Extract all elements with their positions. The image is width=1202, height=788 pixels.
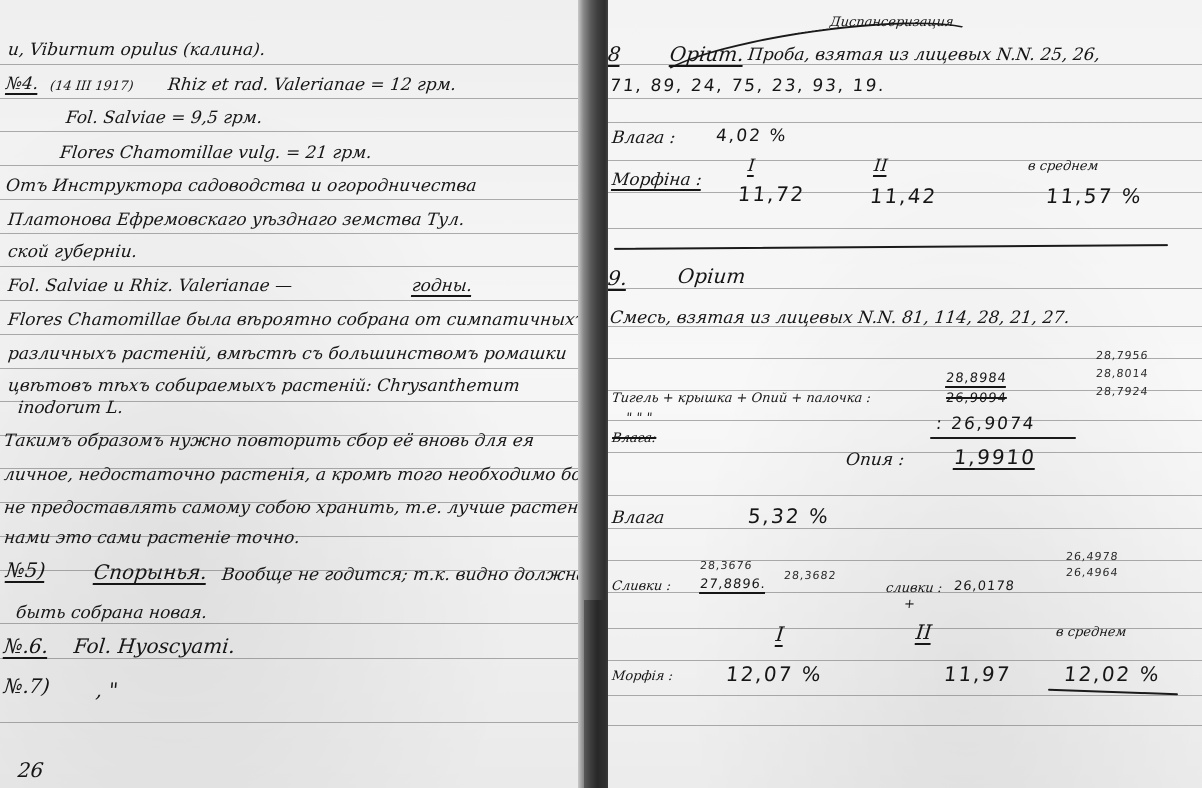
line-chamomilla: Flores Chamomillae vulg. = 21 грм. <box>59 145 372 162</box>
ruled-line <box>0 233 585 234</box>
right-page: Диспансеризация 8 Opium. Проба, взятая и… <box>608 0 1202 788</box>
ruled-line <box>608 528 1202 529</box>
morphine-label-9: Морфія : <box>611 670 673 683</box>
line-hyoscyami: Fol. Hyoscyami. <box>73 636 236 656</box>
line-takim-obrazom: Такимъ образомъ нужно повторить сбор её … <box>3 433 535 450</box>
tare-value-3: 28,7924 <box>1095 386 1149 397</box>
section-8-title: Opium. <box>669 44 745 64</box>
weighing2-value: 26,0178 <box>953 580 1015 593</box>
morphine-avg-8: 11,57 % <box>1045 186 1144 206</box>
tare-label-struck: Влага: <box>611 432 657 445</box>
morphine-I-8: 11,72 <box>737 184 806 204</box>
ruled-line <box>0 623 585 624</box>
line-platonov: Платонова Ефремовскаго уѣзднаго земства … <box>7 212 465 229</box>
line-razlichnykh: различныхъ растеній, вмѣстѣ съ большинст… <box>7 346 567 363</box>
ruled-line <box>608 98 1202 99</box>
moisture-value-9: 5,32 % <box>747 506 831 526</box>
section-divider <box>614 244 1168 250</box>
subtraction-line <box>930 437 1076 439</box>
moisture-value-8: 4,02 % <box>715 128 788 145</box>
line-flores: Flores Chamomillae была вѣроятно собрана… <box>7 312 585 329</box>
morphine-II-9: 11,97 <box>943 664 1012 684</box>
col-II-header-9: II <box>915 622 933 642</box>
line-voobshche: Вообще не годится; т.к. видно должна <box>221 567 585 584</box>
ruled-line <box>0 64 585 65</box>
col-avg-header-8: в среднем <box>1027 160 1099 173</box>
ruled-line <box>608 495 1202 496</box>
word-godny: годны. <box>411 278 473 295</box>
opium-value: 1,9910 <box>953 447 1037 467</box>
entry-label-6: №.6. <box>3 636 49 656</box>
line-lichnoe: личное, недостаточно растенія, а кромѣ т… <box>3 467 585 484</box>
morphine-avg-9: 12,02 % <box>1063 664 1162 684</box>
section-8-line1: Проба, взятая из лицевых N.N. 25, 26, <box>747 47 1101 64</box>
morphine-label-8: Морфіна : <box>611 172 703 189</box>
moisture-label-8: Влага : <box>611 130 676 147</box>
weighing2-plus: + <box>903 598 915 611</box>
entry-date: (14 III 1917) <box>49 80 134 93</box>
col-I-header-8: I <box>747 158 756 175</box>
line-chrysanthemum: цвѣтовъ тѣхъ собираемыхъ растеній: Chrys… <box>7 378 520 395</box>
weighing-side: 28,3682 <box>783 570 837 581</box>
ruled-line <box>0 131 585 132</box>
ruled-line <box>608 228 1202 229</box>
weighing2-label: сливки : <box>885 582 943 595</box>
section-9-line1: Смесь, взятая из лицевых N.N. 81, 114, 2… <box>609 310 1070 327</box>
entry-label-4: №4. <box>5 76 39 93</box>
ruled-line <box>0 199 585 200</box>
entry-label-5: №5) <box>5 560 47 580</box>
morphine-II-8: 11,42 <box>869 186 938 206</box>
tare-value: : 26,9074 <box>935 416 1036 433</box>
section-8-line2: 71, 89, 24, 75, 23, 93, 19. <box>609 78 886 95</box>
line-viburnum: и, Viburnum opulus (калина). <box>7 42 266 59</box>
section-8-label: 8 <box>608 44 622 64</box>
line-valeriana: Rhiz et rad. Valerianae = 12 грм. <box>167 77 457 94</box>
ruled-line <box>0 266 585 267</box>
sum-value-top: 28,8984 <box>945 372 1007 385</box>
gutter-shadow <box>584 600 610 788</box>
ruled-line <box>0 658 585 659</box>
opium-label: Опия : <box>845 452 905 469</box>
ruled-line <box>608 725 1202 726</box>
ditto-marks: , " <box>95 680 119 700</box>
sum-value-struck: 26,9094 <box>945 392 1007 405</box>
ruled-line <box>0 722 585 723</box>
ditto-marks-9: " " " <box>625 412 653 425</box>
moisture-label-9: Влага <box>611 510 665 527</box>
col-avg-header-9: в среднем <box>1055 626 1127 639</box>
section-9-label: 9. <box>608 268 628 288</box>
morphine-I-9: 12,07 % <box>725 664 824 684</box>
ruled-line <box>608 160 1202 161</box>
line-nami: нами это сами растеніе точно. <box>3 530 301 547</box>
ruled-line <box>608 420 1202 421</box>
ruled-line <box>0 165 585 166</box>
line-inodorum: inodorum L. <box>17 400 124 417</box>
line-gubernia: ской губерніи. <box>7 244 138 261</box>
ruled-line <box>0 334 585 335</box>
line-predostavlyat: не предоставлять самому собою хранить, т… <box>3 500 585 517</box>
section-9-title: Opium <box>677 266 747 286</box>
weighing-value: 27,8896. <box>699 578 766 591</box>
col-II-header-8: II <box>873 158 888 175</box>
tare-value-2: 28,8014 <box>1095 368 1149 379</box>
ruled-line <box>608 288 1202 289</box>
tare-value-1: 28,7956 <box>1095 350 1149 361</box>
weighing2-value-1: 26,4978 <box>1065 551 1119 562</box>
line-instructor: Отъ Инструктора садоводства и огородниче… <box>5 178 477 195</box>
notebook-spread: и, Viburnum opulus (калина). №4. (14 III… <box>0 0 1202 788</box>
sum-label: Тигель + крышка + Опий + палочка : <box>611 392 871 405</box>
weighing2-value-2: 26,4964 <box>1065 567 1119 578</box>
weighing-small-top: 28,3676 <box>699 560 753 571</box>
line-salvia: Fol. Salviae = 9,5 грм. <box>65 110 263 127</box>
ruled-line <box>0 98 585 99</box>
ruled-line <box>608 122 1202 123</box>
ruled-line <box>608 695 1202 696</box>
entry-label-7: №.7) <box>3 676 51 696</box>
page-number: 26 <box>17 760 45 780</box>
left-page: и, Viburnum opulus (калина). №4. (14 III… <box>0 0 585 788</box>
line-fol-salviae: Fol. Salviae и Rhiz. Valerianae — <box>7 278 293 295</box>
col-I-header-9: I <box>775 624 785 644</box>
ruled-line <box>608 660 1202 661</box>
ruled-line <box>0 300 585 301</box>
weighing-label: Сливки : <box>611 580 671 593</box>
word-sporynya: Спорынья. <box>93 562 208 582</box>
line-sobrana: быть собрана новая. <box>15 605 208 622</box>
ruled-line <box>0 368 585 369</box>
